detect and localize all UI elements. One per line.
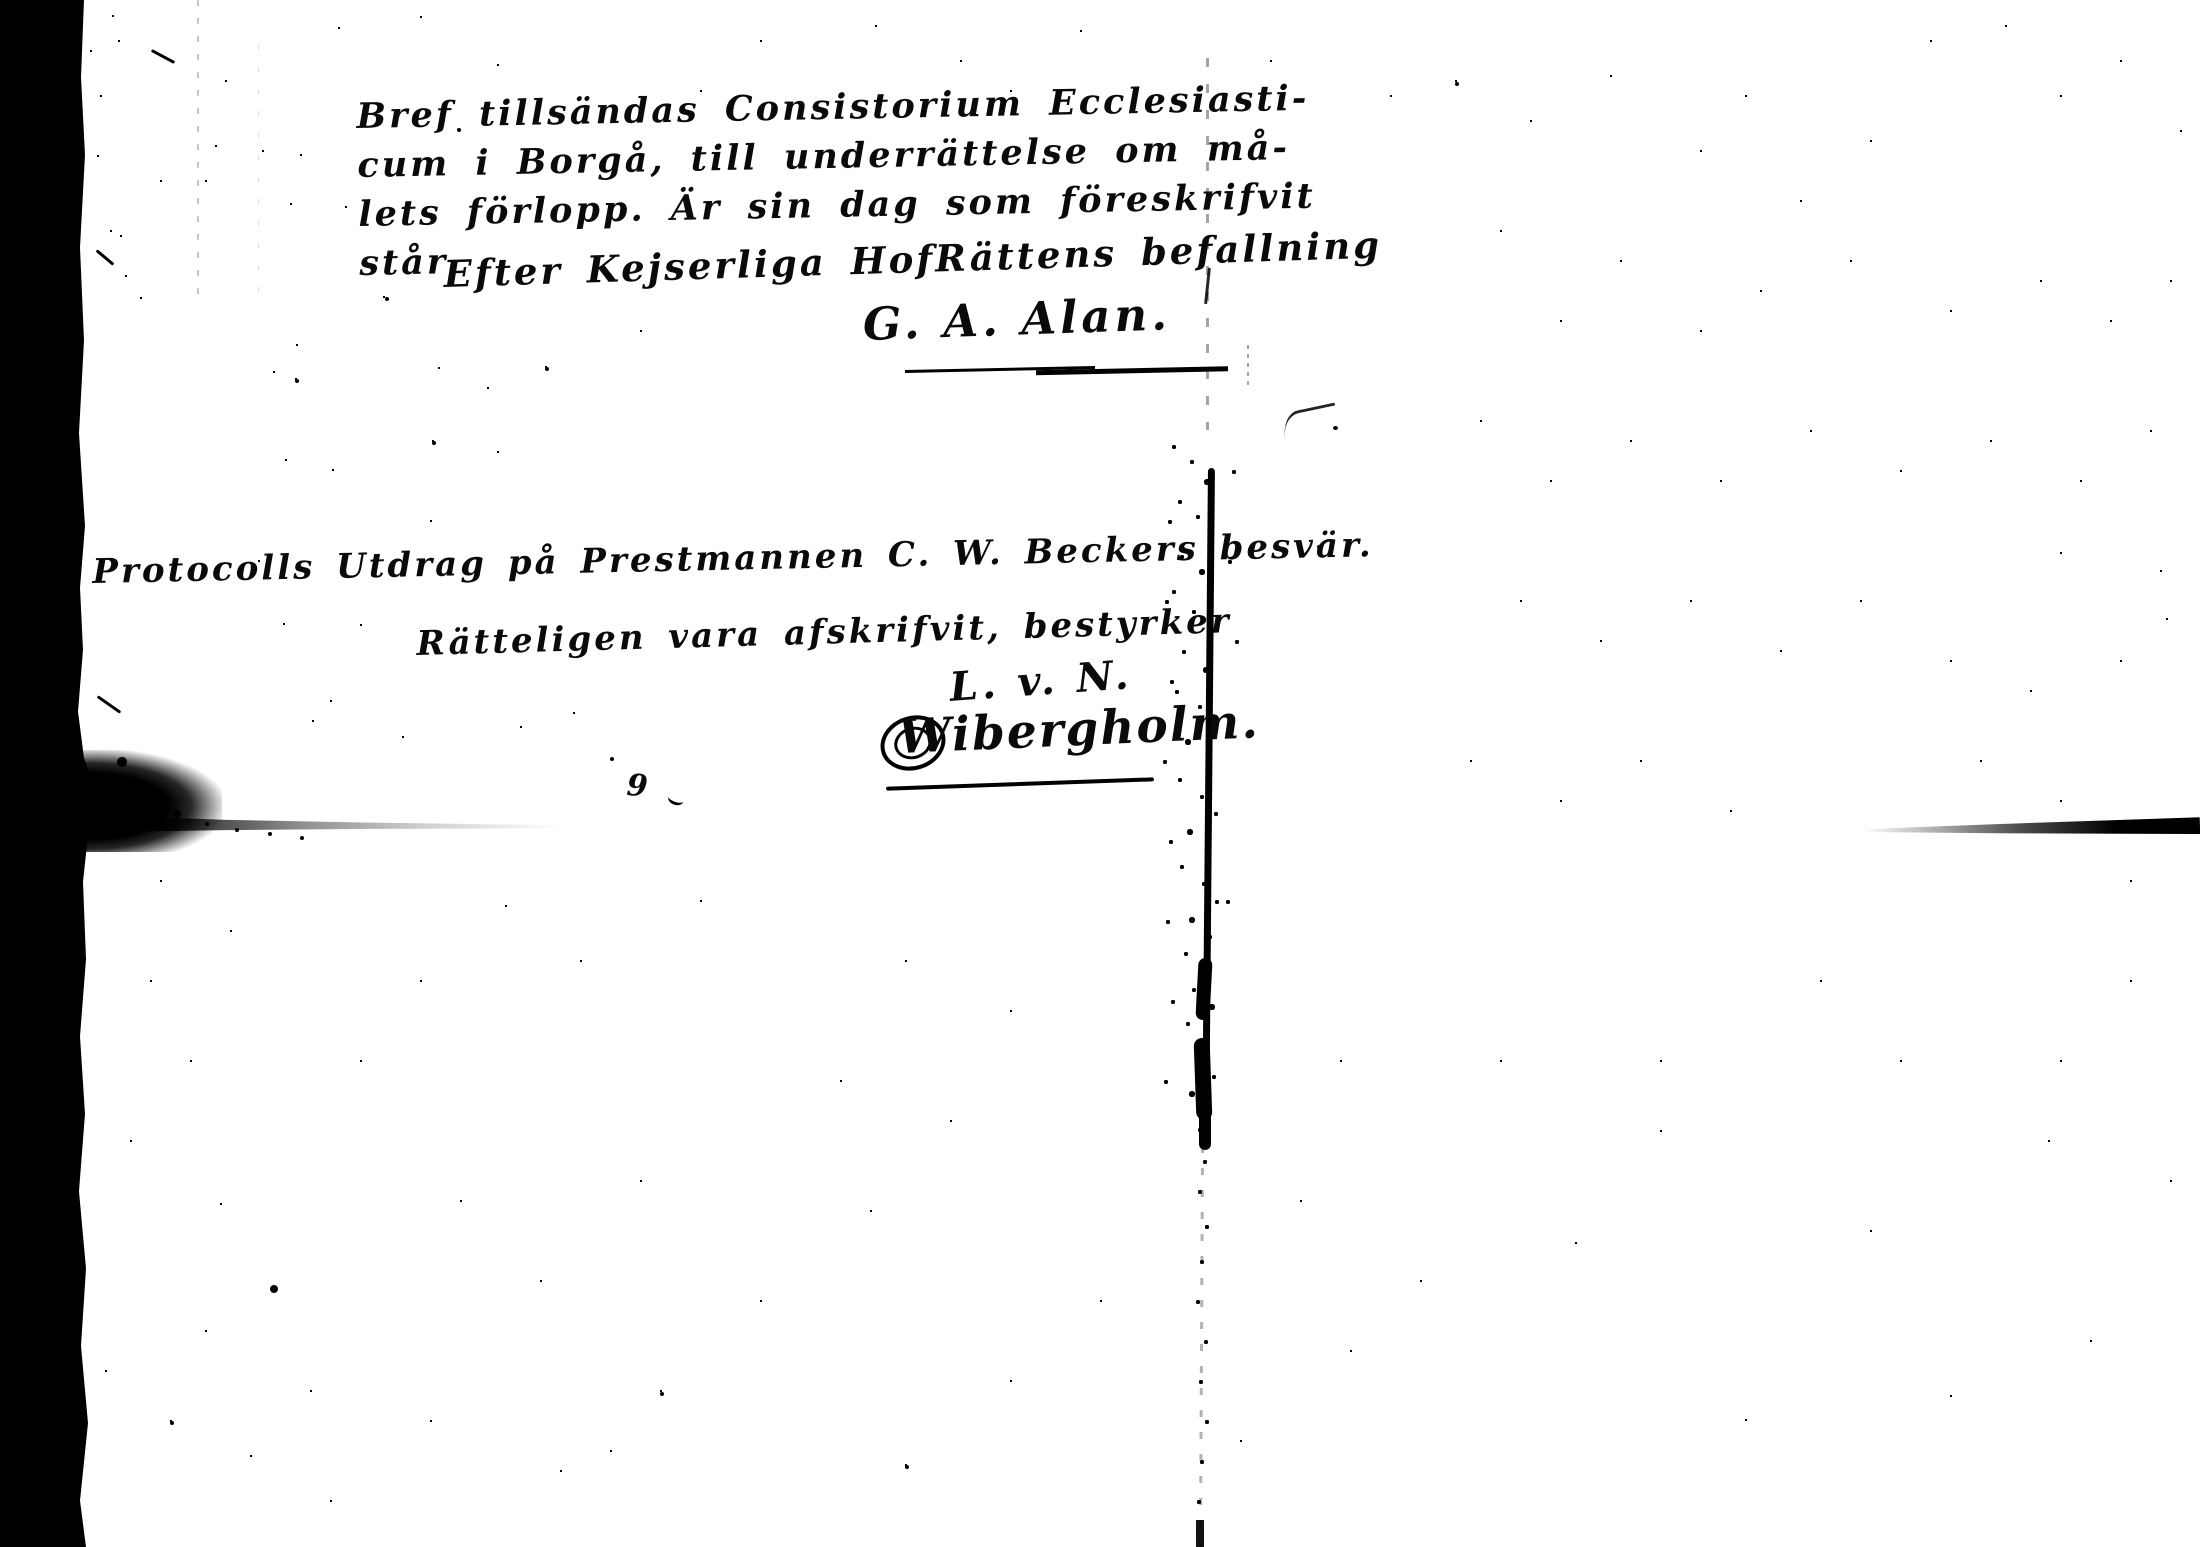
faint-fold-line <box>258 45 259 300</box>
fold-edge-mark <box>1196 1520 1204 1547</box>
stray-numeral: 9 <box>626 768 649 804</box>
ink-blot <box>62 750 222 852</box>
scratch-mark <box>97 695 122 714</box>
fold-crease-right <box>1862 816 2200 841</box>
pen-tail-mark <box>667 791 686 807</box>
scratch-mark <box>96 249 115 265</box>
signature-underline <box>905 366 1095 373</box>
vertical-fold-line-bottom <box>1199 1146 1204 1547</box>
pen-dot <box>1333 426 1338 430</box>
fold-ink-blob <box>1199 1098 1211 1150</box>
fold-noise-specks <box>0 0 4 4</box>
scratch-mark <box>151 49 175 64</box>
signature-g-a-alan: G. A. Alan. <box>862 287 1172 351</box>
faint-fold-line <box>197 0 199 300</box>
scanned-document-page: Bref tillsändas Consistorium Ecclesiasti… <box>0 0 2200 1547</box>
signature-underline <box>886 777 1154 790</box>
extract-title-line: Protocolls Utdrag på Prestmannen C. W. B… <box>92 525 1374 592</box>
faint-fold-line <box>1247 345 1249 387</box>
pen-curve-mark <box>1280 402 1340 440</box>
